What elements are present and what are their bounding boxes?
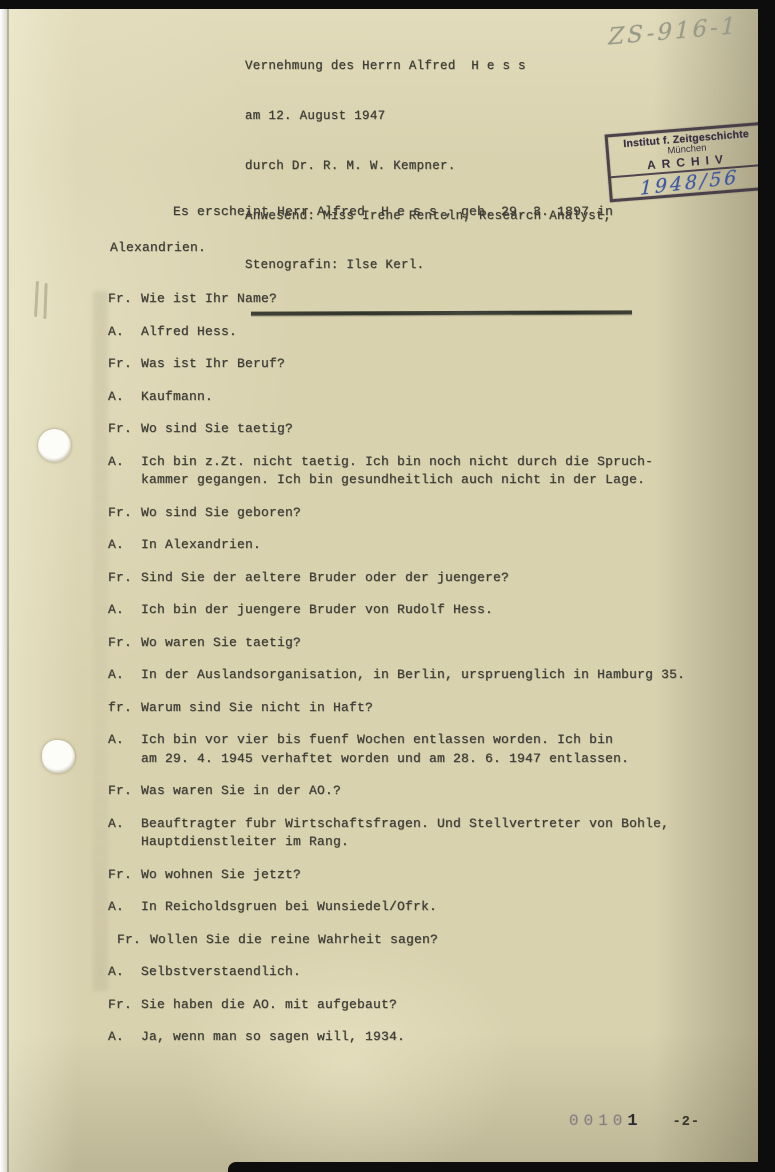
intro-paragraph: Es erscheint Herr Alfred H e s s , geb. …	[110, 194, 690, 266]
qa-line: Fr. Wo waren Sie taetig?	[108, 634, 748, 653]
qa-speaker-label: Fr.	[108, 355, 141, 374]
qa-line: A. Ja, wenn man so sagen will, 1934.	[108, 1028, 748, 1047]
qa-line: Fr. Wo wohnen Sie jetzt?	[108, 866, 748, 885]
qa-line: A. Ich bin vor vier bis fuenf Wochen ent…	[108, 731, 748, 768]
qa-text: Alfred Hess.	[141, 323, 237, 342]
qa-text: In der Auslandsorganisation, in Berlin, …	[141, 666, 685, 685]
qa-line: A. Ich bin z.Zt. nicht taetig. Ich bin n…	[108, 453, 748, 490]
hole-punch	[42, 740, 75, 773]
qa-speaker-label: Fr.	[108, 634, 141, 653]
qa-line: A. Beauftragter fubr Wirtschaftsfragen. …	[108, 815, 748, 852]
qa-line: A. Alfred Hess.	[108, 323, 748, 342]
qa-text: Wo sind Sie taetig?	[141, 420, 293, 439]
qa-line: A. In der Auslandsorganisation, in Berli…	[108, 666, 748, 685]
archive-stamp: Institut f. Zeitgeschichte München ARCHI…	[605, 122, 772, 203]
qa-line: Fr. Was waren Sie in der AO.?	[108, 782, 748, 801]
qa-line: Fr. Wollen Sie die reine Wahrheit sagen?	[117, 931, 748, 950]
qa-text: Sind Sie der aeltere Bruder oder der jue…	[141, 569, 509, 588]
qa-text: Kaufmann.	[141, 388, 213, 407]
qa-line: A. Ich bin der juengere Bruder von Rudol…	[108, 601, 748, 620]
scan-bottom-edge	[228, 1162, 775, 1172]
qa-text: In Reicholdsgruen bei Wunsiedel/Ofrk.	[141, 898, 437, 917]
qa-speaker-label: A.	[108, 453, 141, 490]
qa-speaker-label: A.	[108, 1028, 141, 1047]
qa-speaker-label: A.	[108, 963, 141, 982]
margin-smudge	[93, 291, 108, 991]
qa-text: Ich bin der juengere Bruder von Rudolf H…	[141, 601, 493, 620]
scan-left-edge	[0, 0, 7, 1172]
header-line-title: Vernehmung des Herrn Alfred H e s s	[245, 58, 665, 75]
qa-speaker-label: A.	[108, 815, 141, 852]
qa-speaker-label: A.	[108, 898, 141, 917]
qa-speaker-label: Fr.	[108, 290, 141, 309]
qa-speaker-label: A.	[108, 601, 141, 620]
qa-text: Selbstverstaendlich.	[141, 963, 301, 982]
qa-speaker-label: A.	[108, 388, 141, 407]
margin-pencil-mark	[43, 283, 47, 319]
qa-line: Fr. Was ist Ihr Beruf?	[108, 355, 748, 374]
qa-speaker-label: A.	[108, 731, 141, 768]
qa-speaker-label: Fr.	[108, 569, 141, 588]
qa-line: Fr. Wie ist Ihr Name?	[108, 290, 748, 309]
qa-text: In Alexandrien.	[141, 536, 261, 555]
qa-line: A. In Alexandrien.	[108, 536, 748, 555]
qa-speaker-label: Fr.	[108, 996, 141, 1015]
qa-text: Ja, wenn man so sagen will, 1934.	[141, 1028, 405, 1047]
qa-speaker-label: Fr.	[108, 782, 141, 801]
qa-speaker-label: Fr.	[108, 420, 141, 439]
footer-stamp-number-bold: 1	[627, 1112, 637, 1131]
scanned-document-page: Vernehmung des Herrn Alfred H e s s am 1…	[0, 0, 775, 1172]
hole-punch	[38, 429, 71, 462]
qa-text: Beauftragter fubr Wirtschaftsfragen. Und…	[141, 815, 669, 852]
qa-transcript: Fr. Wie ist Ihr Name? A. Alfred Hess. Fr…	[108, 290, 748, 1061]
qa-text: Wollen Sie die reine Wahrheit sagen?	[150, 931, 438, 950]
qa-speaker-label: Fr.	[108, 866, 141, 885]
qa-line: Fr. Wo sind Sie geboren?	[108, 504, 748, 523]
scan-right-edge	[758, 0, 775, 1172]
qa-text: Wo sind Sie geboren?	[141, 504, 301, 523]
footer-stamp-number: 0010	[569, 1112, 627, 1130]
page-number: -2-	[673, 1115, 700, 1130]
qa-text: Ich bin z.Zt. nicht taetig. Ich bin noch…	[141, 453, 653, 490]
qa-speaker-label: A.	[108, 666, 141, 685]
qa-line: fr. Warum sind Sie nicht in Haft?	[108, 699, 748, 718]
qa-line: Fr. Sie haben die AO. mit aufgebaut?	[108, 996, 748, 1015]
scan-left-seam	[7, 0, 9, 1172]
paper: Vernehmung des Herrn Alfred H e s s am 1…	[7, 9, 758, 1172]
pencil-reference-number: ZS-916-1	[608, 10, 775, 51]
page-footer: 00101 -2-	[569, 1112, 700, 1131]
qa-text: Warum sind Sie nicht in Haft?	[141, 699, 373, 718]
qa-text: Wo wohnen Sie jetzt?	[141, 866, 301, 885]
qa-text: Was waren Sie in der AO.?	[141, 782, 341, 801]
qa-line: A. Selbstverstaendlich.	[108, 963, 748, 982]
scan-top-edge	[0, 0, 775, 9]
qa-text: Wo waren Sie taetig?	[141, 634, 301, 653]
qa-speaker-label: fr.	[108, 699, 141, 718]
qa-speaker-label: A.	[108, 323, 141, 342]
qa-speaker-label: Fr.	[108, 504, 141, 523]
margin-pencil-mark	[34, 281, 38, 317]
qa-text: Sie haben die AO. mit aufgebaut?	[141, 996, 397, 1015]
qa-text: Was ist Ihr Beruf?	[141, 355, 285, 374]
qa-line: A. In Reicholdsgruen bei Wunsiedel/Ofrk.	[108, 898, 748, 917]
qa-line: A. Kaufmann.	[108, 388, 748, 407]
qa-line: Fr. Wo sind Sie taetig?	[108, 420, 748, 439]
qa-speaker-label: Fr.	[117, 931, 150, 950]
qa-line: Fr. Sind Sie der aeltere Bruder oder der…	[108, 569, 748, 588]
header-line-interrogator: durch Dr. R. M. W. Kempner.	[245, 158, 665, 175]
qa-speaker-label: A.	[108, 536, 141, 555]
qa-text: Wie ist Ihr Name?	[141, 290, 277, 309]
header-line-date: am 12. August 1947	[245, 108, 665, 125]
qa-text: Ich bin vor vier bis fuenf Wochen entlas…	[141, 731, 629, 768]
